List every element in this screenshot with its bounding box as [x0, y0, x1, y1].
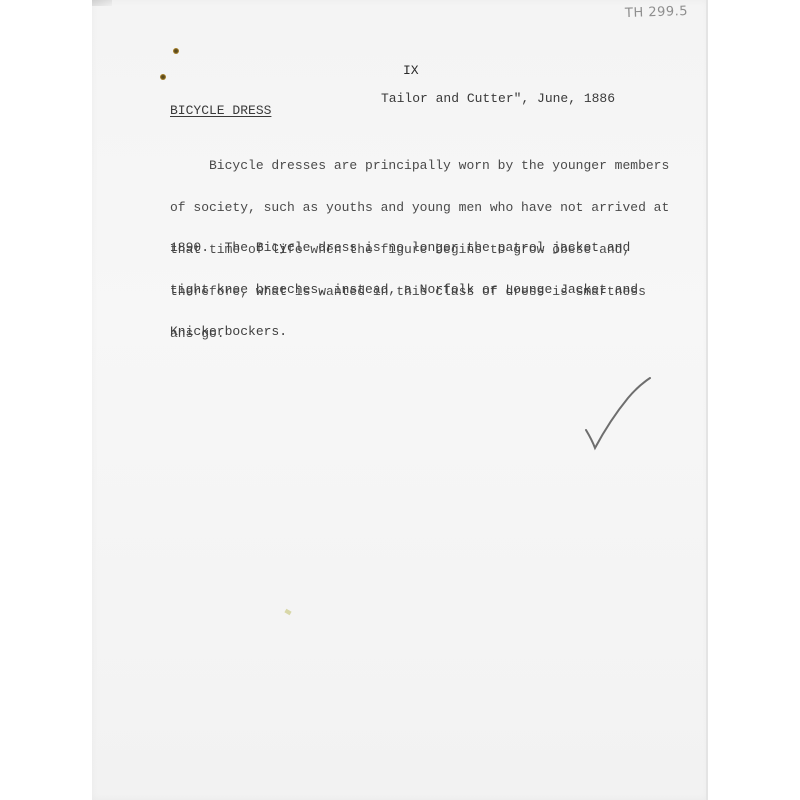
checkmark-icon: [580, 370, 660, 460]
text-line: Knickerbockers.: [170, 325, 638, 339]
archive-reference: TH 299.5: [625, 4, 689, 21]
page-corner-fold: [92, 0, 112, 6]
staple-hole: [160, 74, 166, 80]
text-line: tight knee breeches, instead, a Norfolk …: [170, 283, 638, 297]
chapter-number: IX: [403, 64, 419, 78]
page-edge: [706, 0, 708, 800]
source-citation: Tailor and Cutter", June, 1886: [381, 92, 615, 106]
staple-hole: [173, 48, 179, 54]
text-line: Bicycle dresses are principally worn by …: [170, 159, 669, 173]
paragraph-2: 1890. The Bicycle dress is no longer the…: [170, 213, 638, 353]
section-heading: BICYCLE DRESS: [170, 104, 271, 118]
text-line: 1890. The Bicycle dress is no longer the…: [170, 241, 638, 255]
